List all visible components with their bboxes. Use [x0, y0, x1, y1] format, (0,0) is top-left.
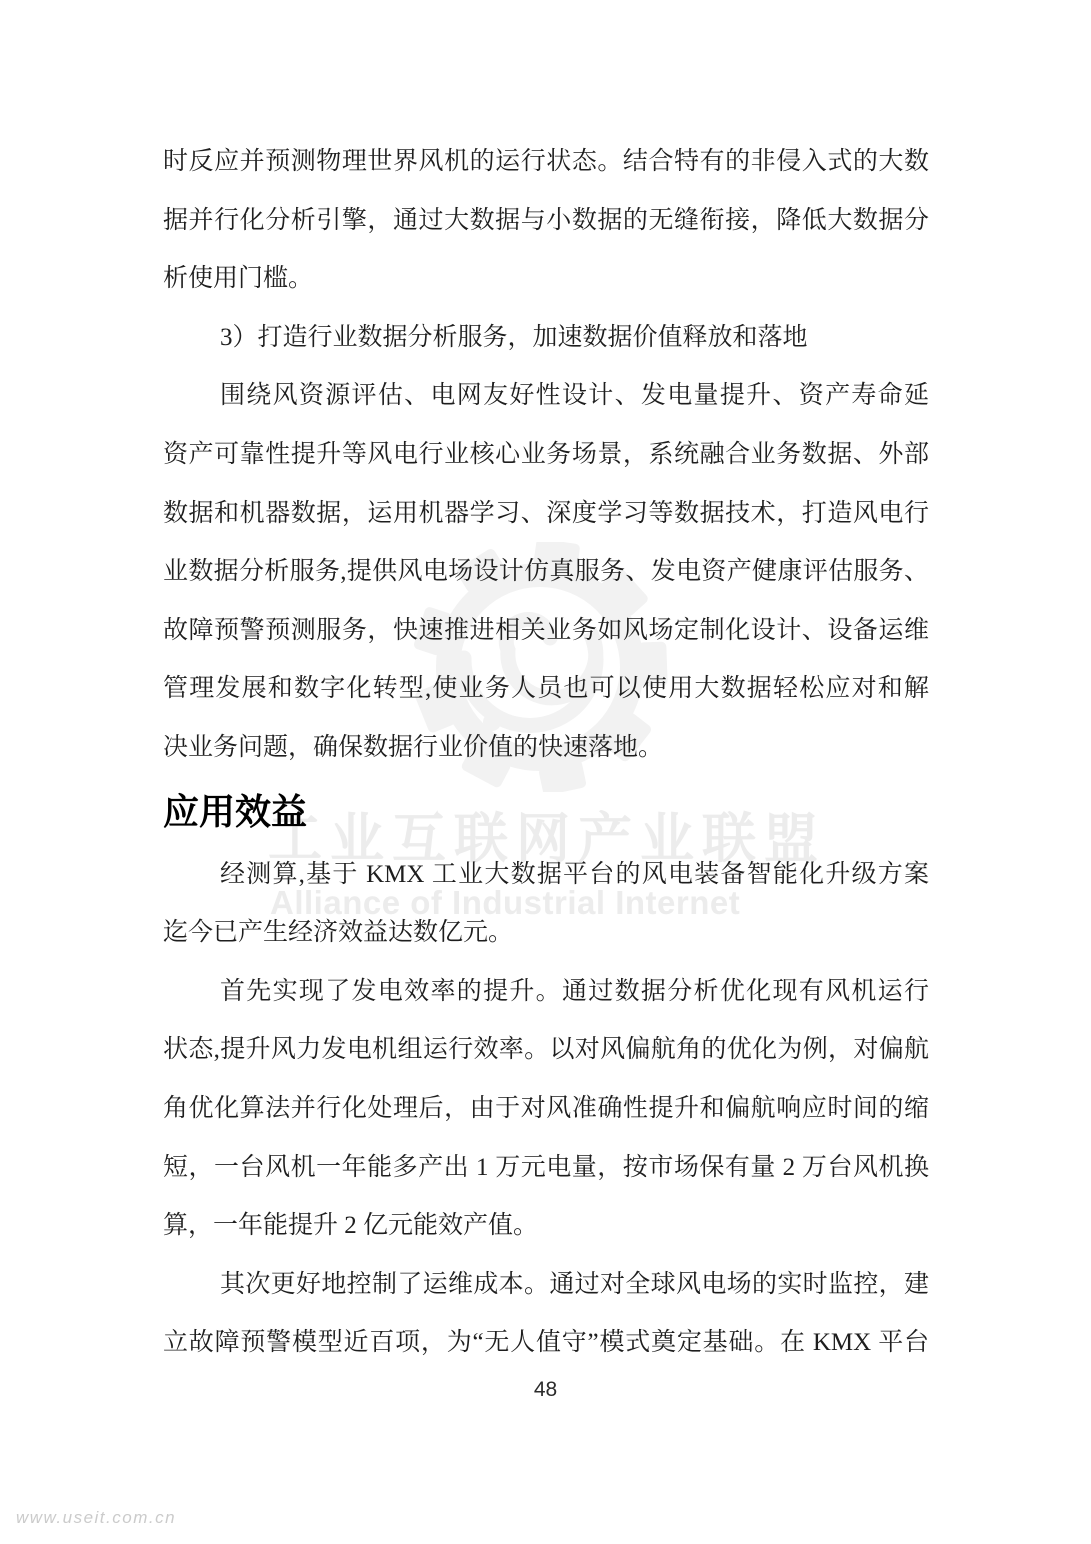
text-line: 决业务问题，确保数据行业价值的快速落地。: [163, 719, 929, 778]
text-line: 迄今已产生经济效益达数亿元。: [163, 904, 929, 963]
paragraph: 其次更好地控制了运维成本。通过对全球风电场的实时监控，建立故障预警模型近百项，为…: [163, 1256, 929, 1373]
document-body: 时反应并预测物理世界风机的运行状态。结合特有的非侵入式的大数据并行化分析引擎，通…: [163, 133, 929, 1373]
site-url-watermark: www.useit.com.cn: [16, 1508, 176, 1528]
text-line: 管理发展和数字化转型,使业务人员也可以使用大数据轻松应对和解: [163, 660, 929, 719]
text-line: 业数据分析服务,提供风电场设计仿真服务、发电资产健康评估服务、: [163, 543, 929, 602]
text-line: 故障预警预测服务，快速推进相关业务如风场定制化设计、设备运维: [163, 602, 929, 661]
paragraph-group-after-heading: 经测算,基于 KMX 工业大数据平台的风电装备智能化升级方案迄今已产生经济效益达…: [163, 846, 929, 1373]
text-line: 算，一年能提升 2 亿元能效产值。: [163, 1197, 929, 1256]
text-line: 析使用门槛。: [163, 250, 929, 309]
paragraph: 围绕风资源评估、电网友好性设计、发电量提升、资产寿命延长、资产可靠性提升等风电行…: [163, 367, 929, 777]
section-heading: 应用效益: [163, 778, 929, 846]
text-line: 据并行化分析引擎，通过大数据与小数据的无缝衔接，降低大数据分: [163, 192, 929, 251]
paragraph: 经测算,基于 KMX 工业大数据平台的风电装备智能化升级方案迄今已产生经济效益达…: [163, 846, 929, 963]
paragraph: 时反应并预测物理世界风机的运行状态。结合特有的非侵入式的大数据并行化分析引擎，通…: [163, 133, 929, 309]
text-line: 立故障预警模型近百项，为“无人值守”模式奠定基础。在 KMX 平台: [163, 1314, 929, 1373]
paragraph: 首先实现了发电效率的提升。通过数据分析优化现有风机运行状态,提升风力发电机组运行…: [163, 963, 929, 1256]
text-line: 经测算,基于 KMX 工业大数据平台的风电装备智能化升级方案: [163, 846, 929, 905]
text-line: 首先实现了发电效率的提升。通过数据分析优化现有风机运行: [163, 963, 929, 1022]
document-page: 工业互联网产业联盟 Alliance of Industrial Interne…: [0, 0, 1091, 1544]
text-line: 其次更好地控制了运维成本。通过对全球风电场的实时监控，建: [163, 1256, 929, 1315]
text-line: 短，一台风机一年能多产出 1 万元电量，按市场保有量 2 万台风机换: [163, 1139, 929, 1198]
text-line: 时反应并预测物理世界风机的运行状态。结合特有的非侵入式的大数: [163, 133, 929, 192]
paragraph: 3）打造行业数据分析服务，加速数据价值释放和落地: [163, 309, 929, 368]
paragraph-group-before-heading: 时反应并预测物理世界风机的运行状态。结合特有的非侵入式的大数据并行化分析引擎，通…: [163, 133, 929, 778]
text-line: 状态,提升风力发电机组运行效率。以对风偏航角的优化为例，对偏航: [163, 1021, 929, 1080]
text-line: 3）打造行业数据分析服务，加速数据价值释放和落地: [163, 309, 929, 368]
text-line: 角优化算法并行化处理后，由于对风准确性提升和偏航响应时间的缩: [163, 1080, 929, 1139]
text-line: 资产可靠性提升等风电行业核心业务场景，系统融合业务数据、外部: [163, 426, 929, 485]
text-line: 围绕风资源评估、电网友好性设计、发电量提升、资产寿命延长、: [163, 367, 929, 426]
page-number: 48: [0, 1378, 1091, 1402]
text-line: 数据和机器数据，运用机器学习、深度学习等数据技术，打造风电行: [163, 485, 929, 544]
